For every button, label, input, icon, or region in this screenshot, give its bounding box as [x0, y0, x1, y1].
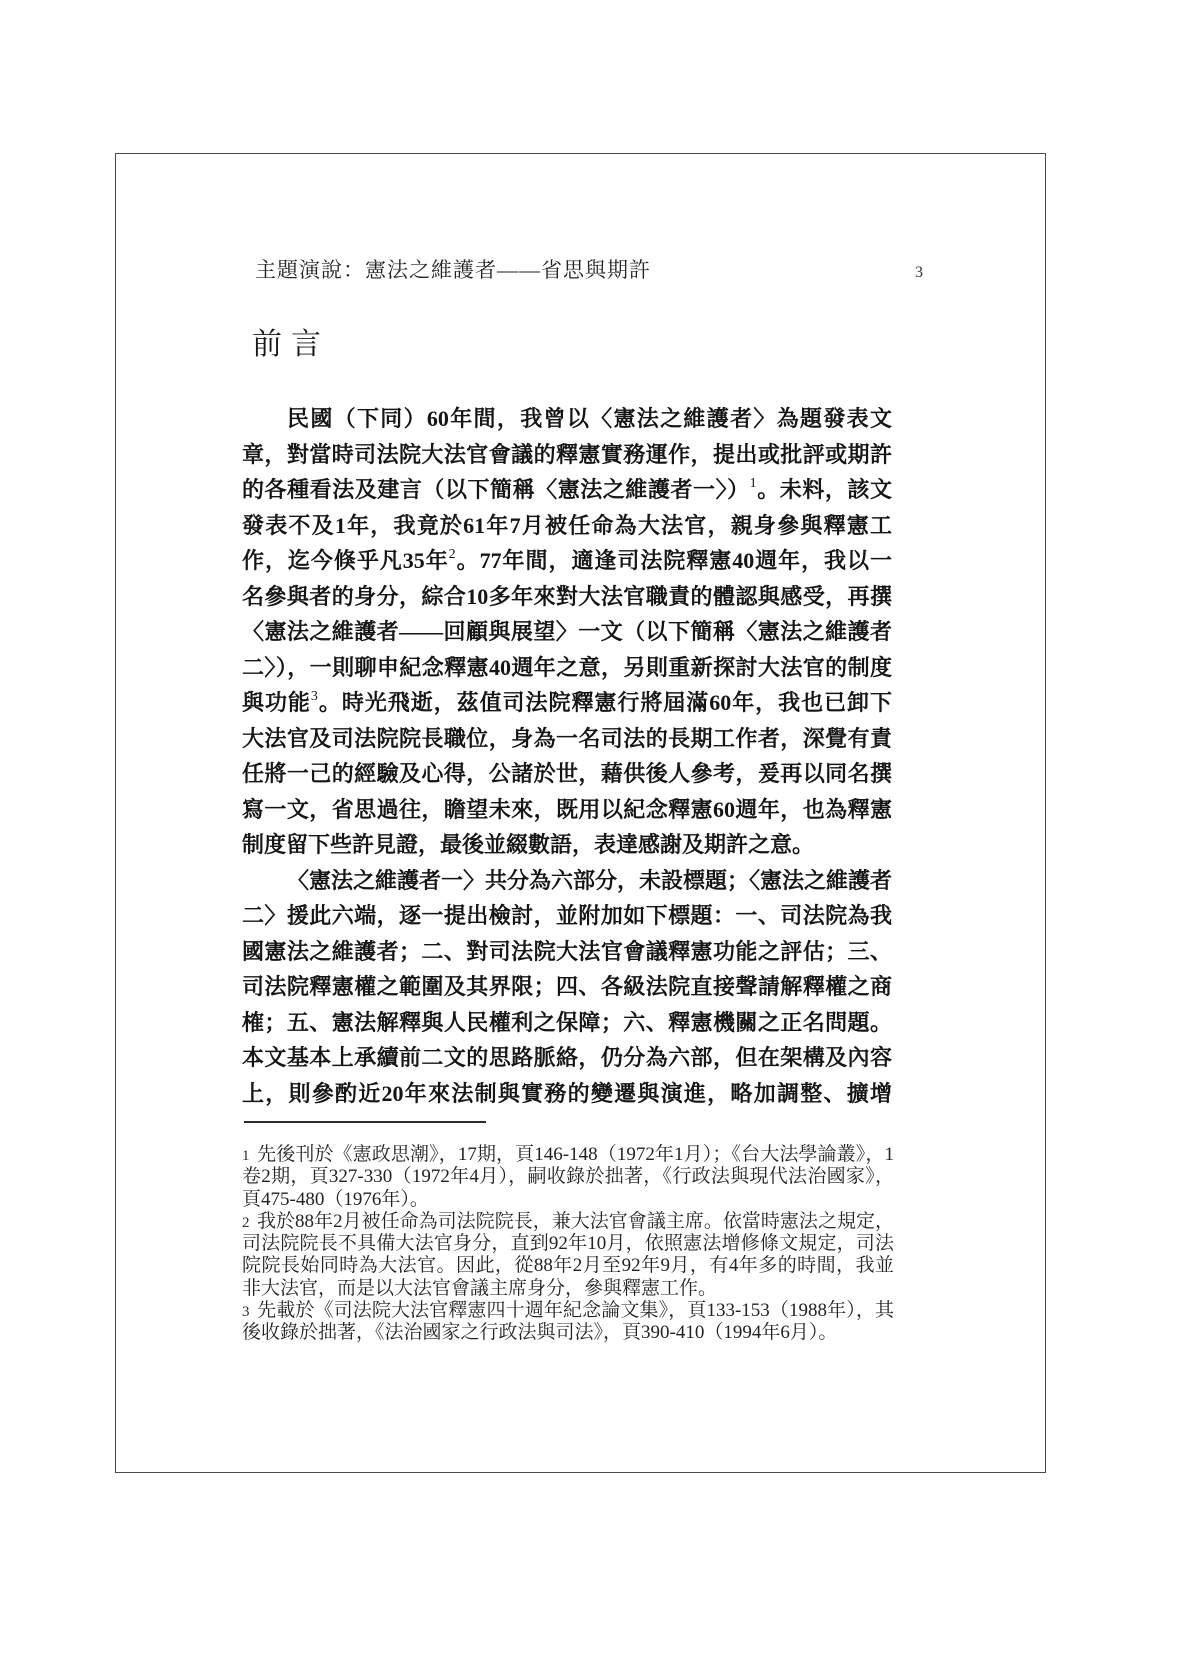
footnote-1-line: 卷2期，頁327-330（1972年4月），嗣收錄於拙著，《行政法與現代法治國家…	[242, 1166, 894, 1188]
body-line-p1: 大法官及司法院院長職位，身為一名司法的長期工作者，深覺有責	[242, 721, 892, 757]
running-header: 主題演說：憲法之維護者——省思與期許 3	[255, 258, 923, 285]
footnote-number: 1	[242, 1145, 257, 1166]
body-line-p2: 國憲法之維護者；二、對司法院大法官會議釋憲功能之評估；三、	[242, 934, 892, 970]
body-line-p2: 上，則參酌近20年來法制與實務的變遷與演進，略加調整、擴增	[242, 1076, 892, 1112]
running-header-title: 主題演說：憲法之維護者——省思與期許	[255, 258, 651, 282]
footnote-reference: 1	[750, 476, 757, 491]
footnote-1-line: 1先後刊於《憲政思潮》，17期，頁146-148（1972年1月）；《台大法學論…	[242, 1144, 894, 1166]
footnote-separator	[244, 1121, 486, 1123]
body-line-p2: 榷；五、憲法解釋與人民權利之保障；六、釋憲機關之正名問題。	[242, 1005, 892, 1041]
body-line-p1: 章，對當時司法院大法官會議的釋憲實務運作，提出或批評或期許	[242, 437, 892, 473]
footnote-2-line: 2我於88年2月被任命為司法院院長，兼大法官會議主席。依當時憲法之規定，	[242, 1211, 894, 1233]
body-line-p1: 名參與者的身分，綜合10多年來對大法官職責的體認與感受，再撰	[242, 579, 892, 615]
body-line-p1: 任將一己的經驗及心得，公諸於世，藉供後人參考，爰再以同名撰	[242, 756, 892, 792]
footnote-1-line: 頁475-480（1976年）。	[242, 1189, 894, 1211]
body-line-p1: 發表不及1年，我竟於61年7月被任命為大法官，親身參與釋憲工	[242, 508, 892, 544]
body-line-p1: 的各種看法及建言（以下簡稱〈憲法之維護者一〉）1。未料，該文	[242, 472, 892, 508]
footnote-number: 2	[242, 1212, 257, 1233]
footnote-2-line: 院院長始同時為大法官。因此，從88年2月至92年9月，有4年多的時間，我並	[242, 1255, 894, 1277]
footnote-2-line: 非大法官，而是以大法官會議主席身分，參與釋憲工作。	[242, 1278, 894, 1300]
body-line-p1: 民國（下同）60年間，我曾以〈憲法之維護者〉為題發表文	[242, 401, 892, 437]
footnotes: 1先後刊於《憲政思潮》，17期，頁146-148（1972年1月）；《台大法學論…	[242, 1144, 894, 1345]
footnote-number: 3	[242, 1301, 257, 1322]
body-text: 民國（下同）60年間，我曾以〈憲法之維護者〉為題發表文章，對當時司法院大法官會議…	[242, 401, 892, 1111]
body-line-p1: 制度留下些許見證，最後並綴數語，表達感謝及期許之意。	[242, 827, 892, 863]
body-line-p1: 〈憲法之維護者——回顧與展望〉一文（以下簡稱〈憲法之維護者	[242, 614, 892, 650]
body-line-p1: 與功能3。時光飛逝，茲值司法院釋憲行將屆滿60年，我也已卸下	[242, 685, 892, 721]
body-line-p2: 二〉援此六端，逐一提出檢討，並附加如下標題：一、司法院為我	[242, 898, 892, 934]
document-page: 主題演說：憲法之維護者——省思與期許 3 前言 民國（下同）60年間，我曾以〈憲…	[0, 0, 1177, 1664]
page-frame: 主題演說：憲法之維護者——省思與期許 3 前言 民國（下同）60年間，我曾以〈憲…	[115, 153, 1046, 1473]
footnote-3-line: 後收錄於拙著，《法治國家之行政法與司法》，頁390-410（1994年6月）。	[242, 1322, 894, 1344]
body-line-p2: 〈憲法之維護者一〉共分為六部分，未設標題；〈憲法之維護者	[242, 863, 892, 899]
body-line-p2: 司法院釋憲權之範圍及其界限；四、各級法院直接聲請解釋權之商	[242, 969, 892, 1005]
body-line-p1: 作，迄今倏乎凡35年2。77年間，適逢司法院釋憲40週年，我以一	[242, 543, 892, 579]
footnote-reference: 3	[311, 689, 318, 704]
footnote-reference: 2	[449, 547, 456, 562]
footnote-2-line: 司法院院長不具備大法官身分，直到92年10月，依照憲法增修條文規定，司法	[242, 1233, 894, 1255]
section-heading: 前言	[252, 326, 330, 364]
body-line-p2: 本文基本上承續前二文的思路脈絡，仍分為六部，但在架構及內容	[242, 1040, 892, 1076]
footnote-3-line: 3先載於《司法院大法官釋憲四十週年紀念論文集》，頁133-153（1988年），…	[242, 1300, 894, 1322]
body-line-p1: 二〉），一則聊申紀念釋憲40週年之意，另則重新探討大法官的制度	[242, 650, 892, 686]
body-line-p1: 寫一文，省思過往，瞻望未來，既用以紀念釋憲60週年，也為釋憲	[242, 792, 892, 828]
page-number: 3	[915, 261, 923, 285]
